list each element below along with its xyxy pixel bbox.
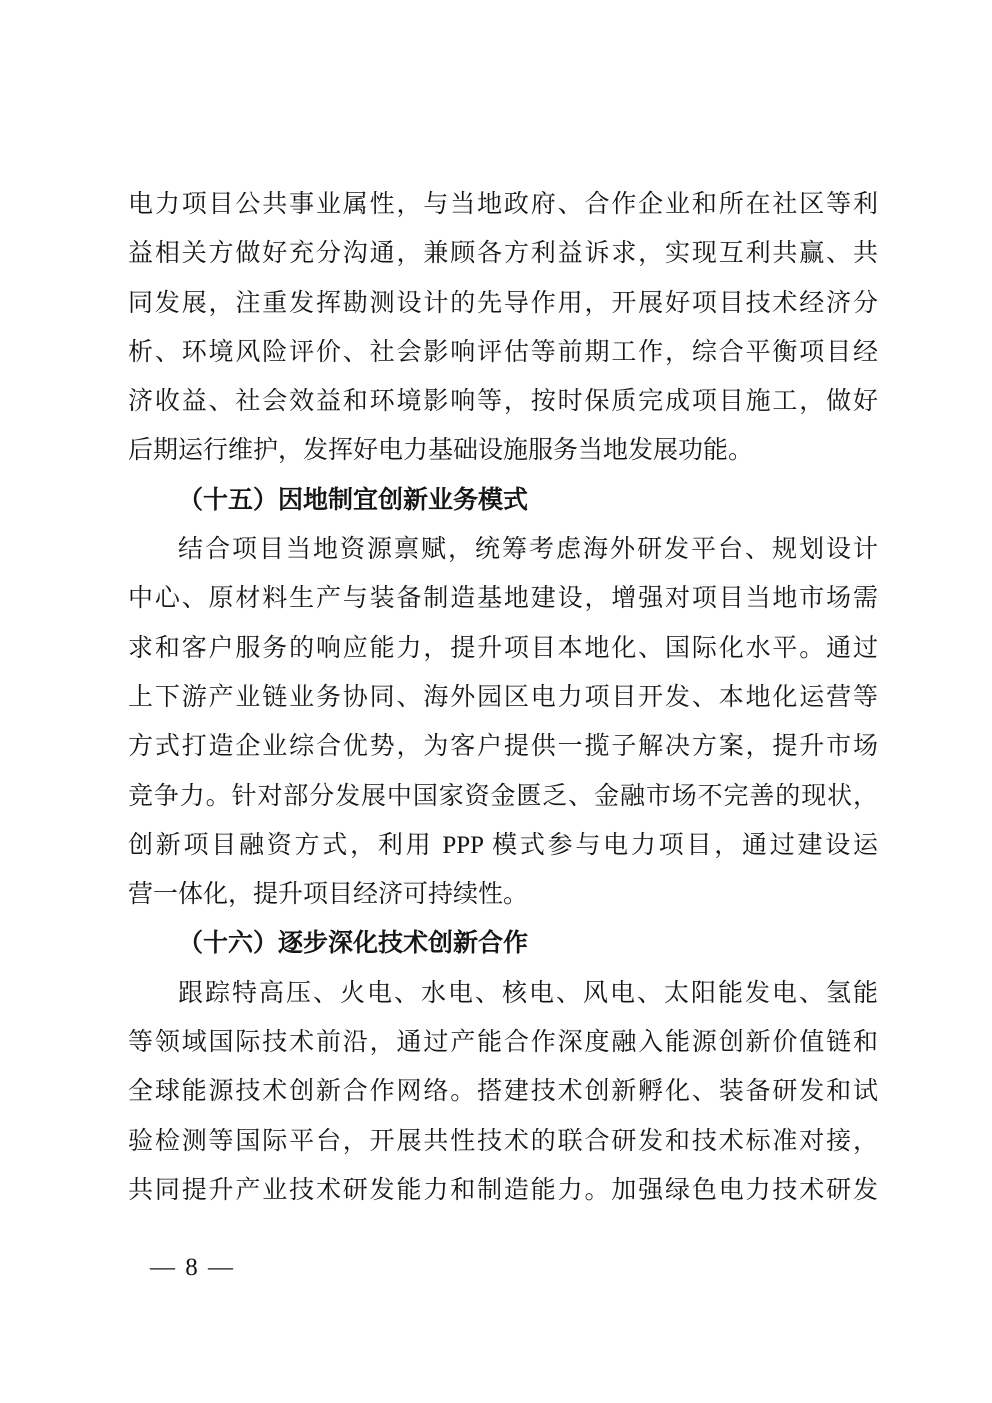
section-heading-16: （十六）逐步深化技术创新合作 [128, 919, 878, 968]
body-line: 求和客户服务的响应能力，提升项目本地化、国际化水平。通过 [128, 624, 878, 673]
body-line: 析、环境风险评价、社会影响评估等前期工作，综合平衡项目经 [128, 328, 878, 377]
body-line: 方式打造企业综合优势，为客户提供一揽子解决方案，提升市场 [128, 722, 878, 771]
body-line: 电力项目公共事业属性，与当地政府、合作企业和所在社区等利 [128, 180, 878, 229]
body-line: 益相关方做好充分沟通，兼顾各方利益诉求，实现互利共赢、共 [128, 229, 878, 278]
body-line: 上下游产业链业务协同、海外园区电力项目开发、本地化运营等 [128, 673, 878, 722]
body-line: 中心、原材料生产与装备制造基地建设，增强对项目当地市场需 [128, 574, 878, 623]
body-line: 结合项目当地资源禀赋，统筹考虑海外研发平台、规划设计 [128, 525, 878, 574]
body-line: 济收益、社会效益和环境影响等，按时保质完成项目施工，做好 [128, 377, 878, 426]
body-line: 验检测等国际平台，开展共性技术的联合研发和技术标准对接， [128, 1117, 878, 1166]
body-line: 创新项目融资方式，利用 PPP 模式参与电力项目，通过建设运 [128, 821, 878, 870]
body-line: 等领域国际技术前沿，通过产能合作深度融入能源创新价值链和 [128, 1018, 878, 1067]
body-line: 跟踪特高压、火电、水电、核电、风电、太阳能发电、氢能 [128, 969, 878, 1018]
section-heading-15: （十五）因地制宜创新业务模式 [128, 476, 878, 525]
body-line: 共同提升产业技术研发能力和制造能力。加强绿色电力技术研发 [128, 1166, 878, 1215]
body-line: 竞争力。针对部分发展中国家资金匮乏、金融市场不完善的现状， [128, 772, 878, 821]
body-line: 营一体化，提升项目经济可持续性。 [128, 870, 878, 919]
page-number: — 8 — [150, 1243, 235, 1292]
body-line: 同发展，注重发挥勘测设计的先导作用，开展好项目技术经济分 [128, 279, 878, 328]
document-text-block: 电力项目公共事业属性，与当地政府、合作企业和所在社区等利 益相关方做好充分沟通，… [128, 180, 878, 1215]
body-line: 后期运行维护，发挥好电力基础设施服务当地发展功能。 [128, 426, 878, 475]
document-page: 电力项目公共事业属性，与当地政府、合作企业和所在社区等利 益相关方做好充分沟通，… [0, 0, 992, 1403]
body-line: 全球能源技术创新合作网络。搭建技术创新孵化、装备研发和试 [128, 1067, 878, 1116]
